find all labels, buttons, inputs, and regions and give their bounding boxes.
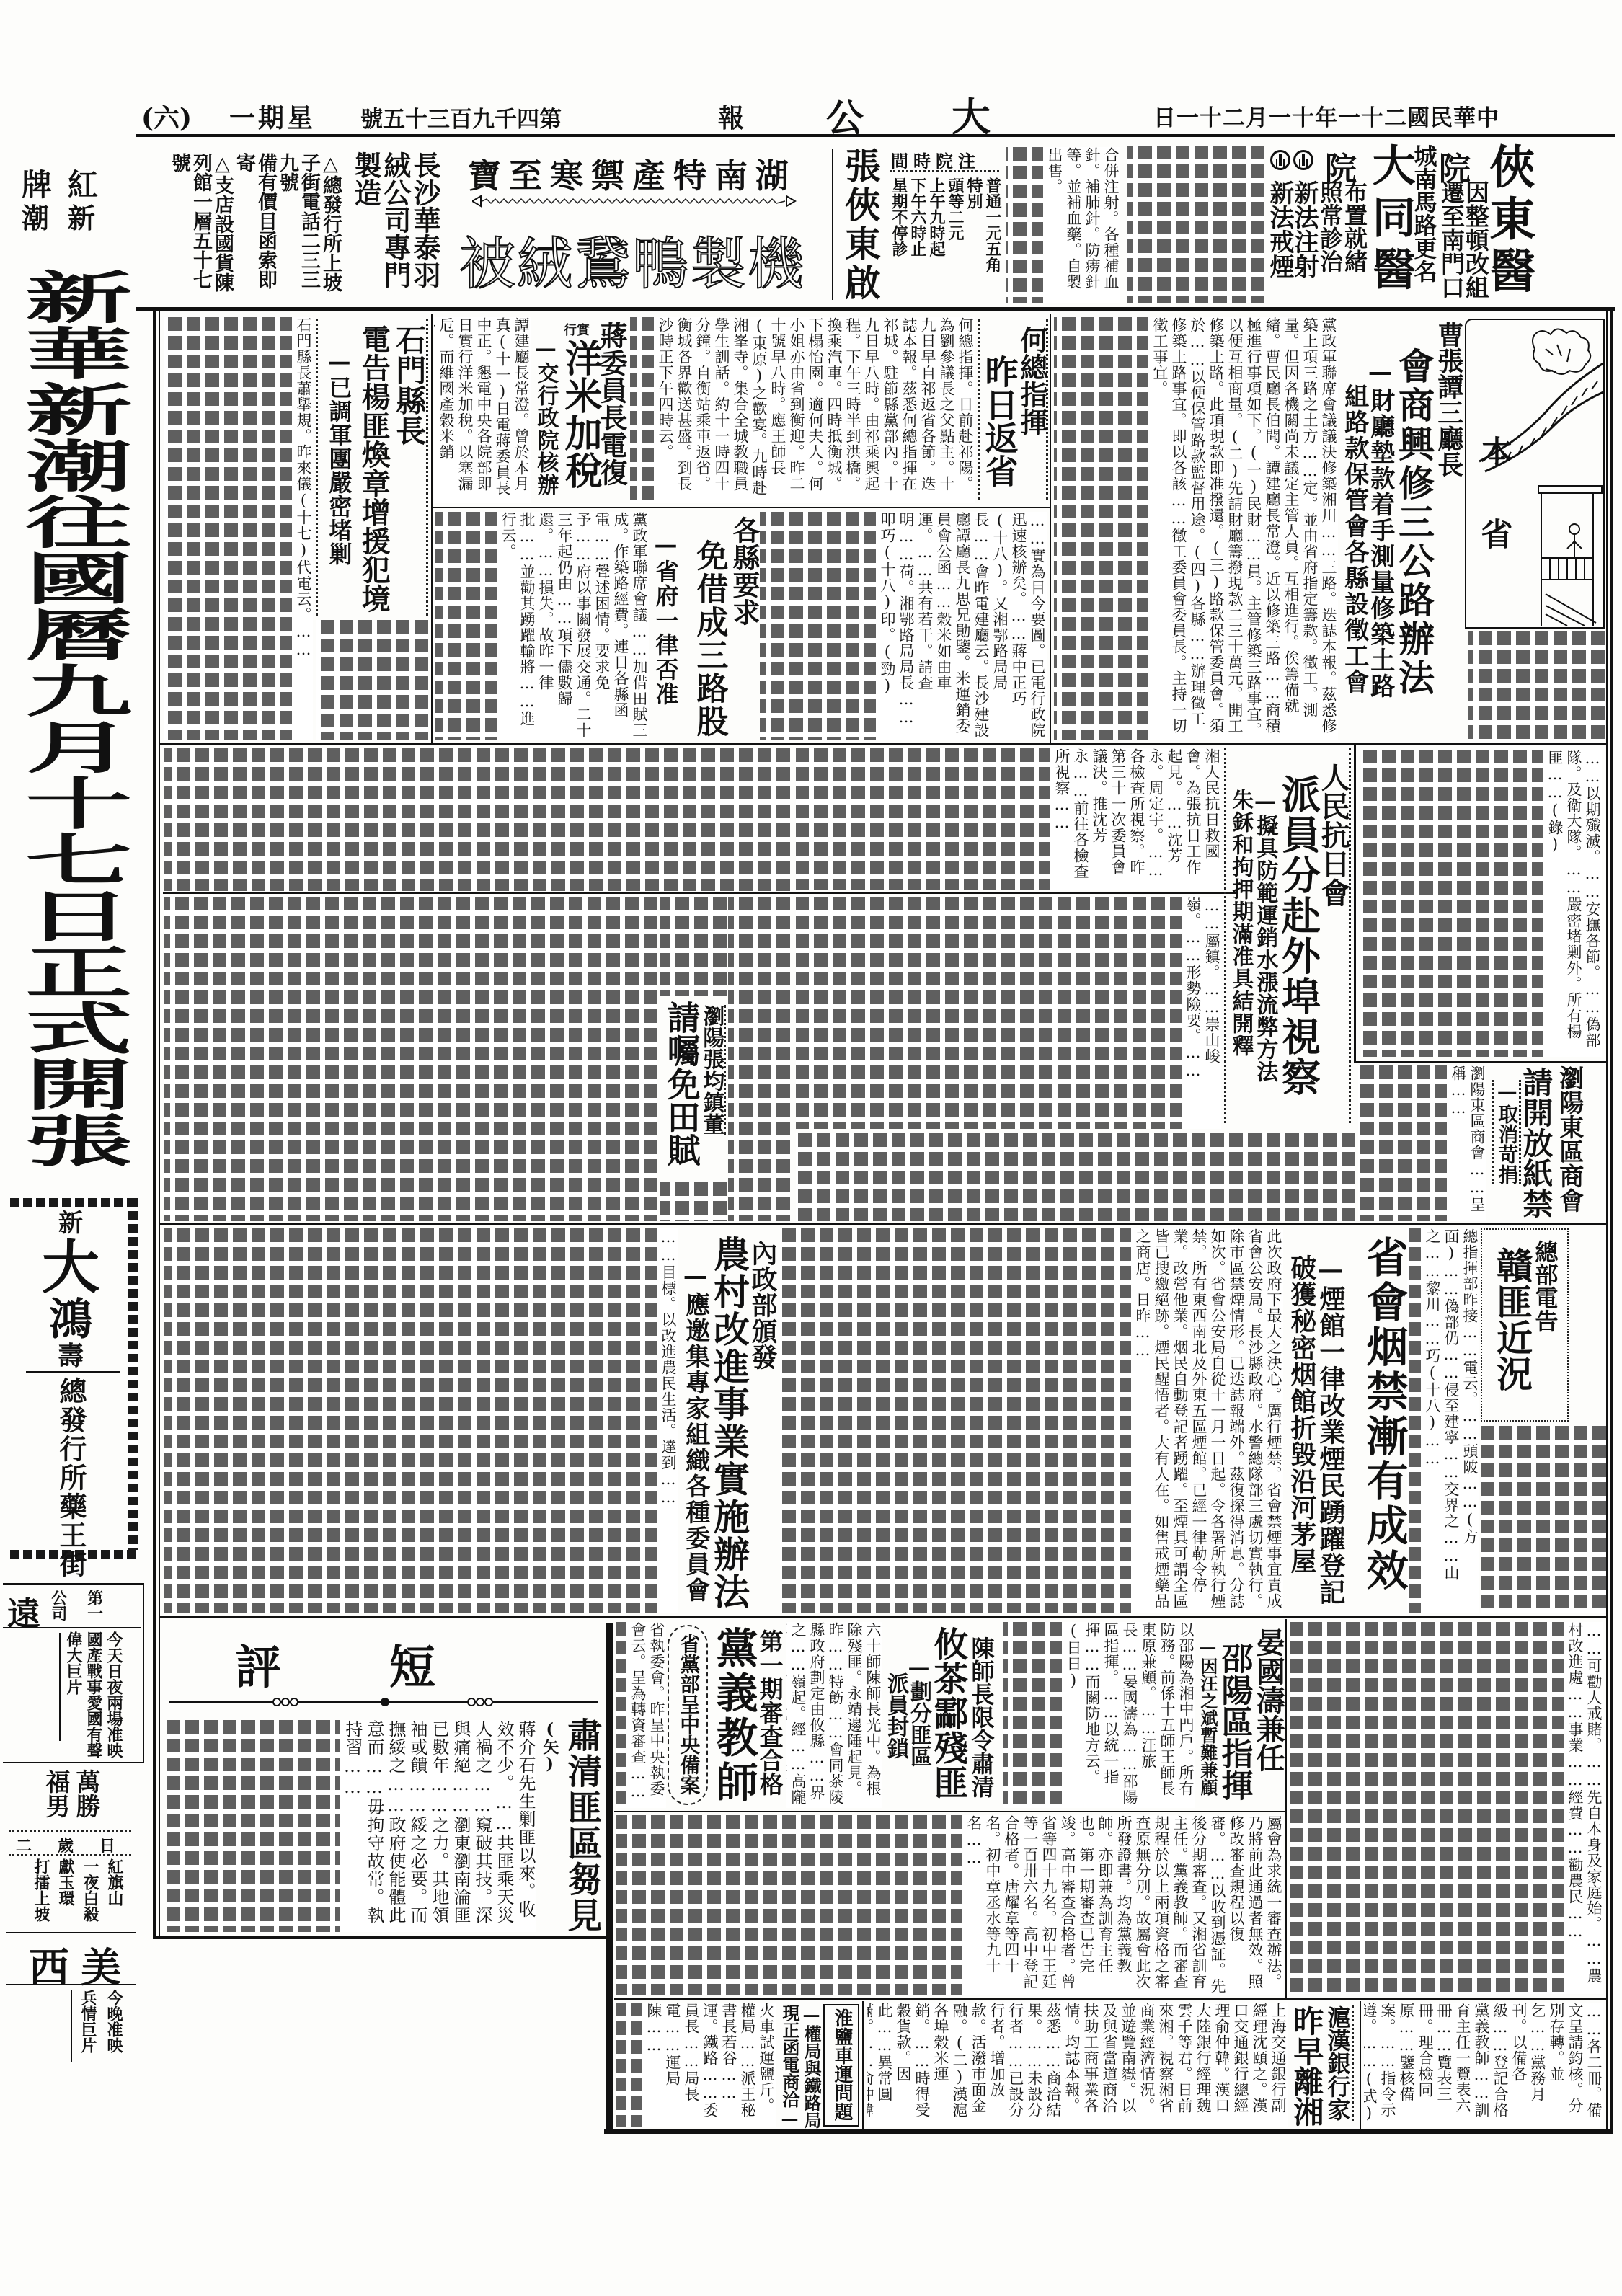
screening-line: 偉大巨片 [63,1631,84,1763]
body-text-region: ……以期殲滅。……安撫各節。……偽部隊。及衛大隊。……嚴密堵剿外。所有楊匪……(… [1361,750,1602,1057]
article-body: 石門縣長蕭舉規。昨來儀(十七)代電云。…… [292,317,313,740]
article-subhead: —擬具防範運銷水漲流弊方法 [1253,789,1276,1083]
article-jiangxi-bandits: 總部電告 贛匪近況 總指揮部昨接……電云。……頭陂……(方面)……偽部仍……侵至… [1406,1225,1608,1616]
article-kicker: 人民抗日會 [1318,763,1349,907]
tier-divider [160,1616,1608,1618]
name-char: 醫 [1365,247,1416,298]
body-text-region: 以邵陽為湘中門戶。所有防務。前係十五師王師長東原兼顧。……汪旅長……晏國濤為……… [1003,1622,1195,1808]
opening-date: 國曆九月十七日正式開張 [8,549,133,1168]
article-kicker: 第一期審查合格 [757,1629,783,1796]
film-item: 一夜白殺 [78,1858,102,1928]
body-text-illegible [316,620,428,740]
article-body: 譚建廳長常澄。曾於本月真(十一)日電蔣委員長中正。懇電中央各院部即日實行洋米加稅… [434,317,531,503]
head-office-address: △總發行所上坡子街電話二三三九號 [276,153,341,301]
headline-box: 石門縣長 電告楊匪煥章增援犯境 —已調軍團嚴密堵剿 [316,319,428,616]
article-bankers-depart: 滬漢銀行家 昨早離湘 上海交通銀行副經理沈頤之。漢口交通銀行總經理俞仲韓。漢口大… [864,2000,1360,2129]
body-text-illegible [660,1182,727,1221]
article-headline: 請囑免田賦 [663,1001,699,1166]
author-mark: (矢) [541,1720,558,1773]
body-text-illegible [164,748,790,891]
hospital2-notice: 布置就緒 照常診治 [1318,180,1367,272]
frame-bottom-left [153,1936,611,1939]
article-headline: 邵陽區指揮 [1217,1642,1251,1801]
brand-sub: 新潮 [22,196,114,236]
cinema-name: 遠 [7,1588,40,1636]
article-headline: 請開放紙禁 [1520,1067,1552,1218]
screening-line: 兵情巨片 [75,1990,101,2062]
article-subhead: 派員封鎖 [884,1655,907,1767]
masthead-char-bao: 報 [718,98,744,135]
article-party-teachers-continued: 屬會為求統一審查辦法。乃將前此通過者無效。照修改審查規程以復審。……以收到憑証。… [614,1812,1285,1997]
article-kicker: 總部電告 [1533,1240,1558,1332]
article-opium-ban: 省會烟禁漸有成效 —煙館一律改業煙民踴躍登記 破獲秘密烟館折毀沿河茅屋 此次政府… [777,1225,1406,1616]
ad-rule [3,1627,141,1628]
article-body: 蔣介石先生剿匪以來。收效不少。……共匪乘天災人禍之……窺破其技。深與痛絕……瀏東… [340,1720,536,1932]
product-brand: 新 大 鴻 壽 [17,1211,124,1370]
commentary-title: 短評 [235,1631,544,1697]
article-body: 以邵陽為湘中門戶。所有防務。前係十五師王師長東原兼顧。……汪旅長……晏國濤為……… [1062,1622,1195,1808]
swastika-border-ornament [10,1198,138,1207]
article-body: 火車試運鹽斤。權局……派王秘書長若谷……運。鐵路……委員長……局長電……運局陳…… [642,2003,776,2127]
cinema-meixi-name: 美西 [29,1936,133,1994]
wavy-rule [890,170,999,172]
article-headline: 農村改進事業實施辦法 [709,1236,748,1610]
body-text-illegible [1468,631,1605,740]
article-subhead: 現正函電商洽— [779,2004,800,2129]
weekday: 星期一 [229,98,316,135]
screening-line: 國產戰事愛國有聲 [84,1631,104,1763]
article-subhead: —交行政院核辦 [533,336,557,496]
article-party-teachers: 第一期審查合格 黨義教師 省黨部呈中央備案 省執委會。昨呈中央執委會云。呈為轉資… [614,1619,784,1811]
column-divider [1354,745,1356,1063]
boxed-headline: 淮鹽車運問題 [823,2004,859,2127]
hospital1-notice: 因整頓改組 遷至南門口 [1439,180,1488,299]
article-he-returns: 何總指揮 昨日返省 何總指揮。日前赴祁陽。為劉參議長之父點主。十九日早自祁返省各… [627,314,1050,506]
issue-number: 第四千九百三十五號 [360,101,562,133]
article-rural-improvement: 內政部頒發 農村改進事業實施辦法 —應邀集專家組織各種委員會 ……目標。以改進農… [163,1225,777,1616]
screening-info: 今天日夜兩場准映 國產戰事愛國有聲 偉大巨片 [63,1631,124,1763]
notice-line: 照常診治 [1318,180,1342,272]
article-subhead: —省府一律否准 [653,531,678,706]
body-text-region: 何總指揮。日前赴祁陽。為劉參議長之父點主。十九日早自祁返省各節。迭誌本報。茲悉何… [630,317,975,503]
hours-item: 下午六時止 [908,177,927,301]
thick-column-bar [606,1623,613,2131]
film-title: 萬勝福男 [41,1769,100,1818]
article-body: 總指揮部昨接……電云。……頭陂……(方面)……偽部仍……侵至建寧……交界之……山… [1421,1228,1479,1613]
page-number: (六) [141,98,192,135]
short-commentary: 短評 肅清匪區芻見 (矢) 蔣介石先生剿匪以來。收效不少。……共匪乘天災人禍之…… [163,1619,604,1936]
store-name: 新華新潮往 [8,268,133,549]
article-body: 屬會為求統一審查辦法。乃將前此通過者無效。照修改審查規程以復審。……以收到憑証。… [962,1815,1283,1995]
headline-box: 總部電告 贛匪近況 [1481,1228,1569,1422]
hospital1-name: 俠東醫 [1484,143,1533,298]
meixi-screening: 今晚准映 兵情巨片 [71,1990,127,2062]
name-char: 同 [1365,195,1416,247]
ad-rule [6,1984,136,1985]
notice-line: 布置就緒 [1342,180,1367,272]
cinema-title: 萬勝福男 [40,1769,101,1825]
ad-zhang-xiadong-clinic: 張俠東啟 注院時間 普通一元五角 特別 頭等二元 上午九時起 下午六時止 星期不… [829,141,1122,307]
body-text-region: 六十師陳師長光中。為根除殘匪。永靖邊陲起見。昨……特飭……會同茶陵縣政府劃定由攸… [786,1622,882,1808]
film-item: 獻玉環 [53,1858,78,1928]
article-field-tax-exemption: 瀏陽張均鎮董 請囑免田賦 [163,745,792,1223]
article-huai-salt-transport: 淮鹽車運問題 —權局與鐵路局 現正函電商洽— 火車試運鹽斤。權局……派王秘書長若… [614,2000,862,2129]
body-text-illegible [164,897,657,1221]
service-item: 新法戒煙 [1267,180,1292,278]
body-text-region: ……實為目今要圖。已電行政院迅速核辦矣。……蔣中正巧(十八)。又湘鄂路局局長……… [760,512,1047,740]
article-body: 湘人民抗日救國會。為張抗日工作起見。……沈芳永。周定宇。……各檢查所視察。昨第三… [1050,748,1221,890]
article-body: 上海交通銀行副經理沈頤之。漢口交通銀行總經理俞仲韓。漢口大陸銀行經理魏雲千等君。… [867,2003,1288,2127]
article-kicker: 曹張譚三廳長 [1435,322,1463,477]
article-headline: 派員分赴外埠視察 [1277,774,1319,1097]
article-kicker: 瀏陽東區商會 [1556,1065,1582,1213]
ad-services-text: 合併注射。各種補血針。補肺針。防痨針等。並補血藥。自製出售。 [1043,147,1120,303]
article-body: 此次政府下最大之決心。厲行煙禁。省會禁煙事宜責成省會公安局。長沙縣政府。水警總隊… [1131,1228,1283,1613]
article-headline: 淮鹽車運問題 [832,2008,852,2121]
article-rural-improvement-continued: ……可勸人戒賭。……先自本身及家庭始。……農村改進處……事業……經費……勸農民…… [1288,1619,1606,1997]
article-headline: 贛匪近況 [1492,1247,1531,1391]
body-text-region: 蔣介石先生剿匪以來。收效不少。……共匪乘天災人禍之……窺破其技。深與痛絕……瀏東… [167,1720,536,1932]
article-continuation-box: ……以期殲滅。……安撫各節。……偽部隊。及衛大隊。……嚴密堵剿外。所有楊匪……(… [1357,745,1606,1061]
body-text-region: 黨政軍聯席會議議決修築湘川……三路。迭誌本報。茲悉修築上項三路之土方……定。並由… [1054,317,1338,740]
article-subheads: —權局與鐵路局 現正函電商洽— [779,2004,822,2129]
brand-char: 鴻 [17,1298,124,1343]
film-item: 打擂上坡 [29,1858,53,1928]
ornamental-rule [169,1694,598,1710]
catalog-note: 備有價目函索即寄 [233,153,276,301]
ad-rule [6,1932,136,1933]
screening-line: 今晚准映 [101,1990,127,2062]
boxed-note: 省黨部呈中央備案 [668,1625,708,1805]
medical-emblem-icon [1270,150,1290,170]
body-text-region: 湘人民抗日救國會。為張抗日工作起見。……沈芳永。周定宇。……各檢查所視察。昨第三… [796,748,1221,890]
article-road-shares: 各縣要求 免借成三路股 —省府一律否准 黨政軍聯席會議……加借田賦三成。作築路經… [433,509,1050,743]
brand-char: 壽 [17,1343,124,1370]
notice-line: 因整頓改組 [1463,180,1488,299]
article-shaoyang-command: 晏國濤兼任 邵陽區指揮 —因汪之斌暫難兼顧 以邵陽為湘中門戶。所有防務。前係十五… [1002,1619,1285,1811]
headline-prefix: 實行 [564,320,590,339]
article-subhead: —權局與鐵路局 [800,2004,822,2129]
article-body: ……以期殲滅。……安撫各節。……偽部隊。及衛大隊。……嚴密堵剿外。所有楊匪……(… [1543,750,1602,1057]
body-text-illegible [660,897,727,996]
body-text-region: 火車試運鹽斤。權局……派王秘書長若谷……運。鐵路……委員長……局長電……運局陳…… [616,2003,776,2127]
article-kicker: 陳師長限令肅清 [969,1636,994,1798]
swastika-border-ornament [128,1198,138,1559]
article-subhead: —取消苛捐 [1492,1080,1521,1184]
ad-huatai-down-quilt: 湖南特產禦寒至寶 機製鴨鵞絨被 長沙華泰羽絨公司專門製造 △總發行所上坡子街電話… [162,141,827,307]
ad-product-name: 機製鴨鵞絨被 [459,219,805,300]
hours-item: 星期不停診 [890,177,908,301]
arrow-line-ornament [472,195,797,208]
fee-item: 普通一元五角 [983,177,1002,301]
name-char: 大 [1365,143,1416,195]
body-text-region: 上海交通銀行副經理沈頤之。漢口交通銀行總經理俞仲韓。漢口大陸銀行經理魏雲千等君。… [867,2003,1288,2127]
article-headline: 昨日返省 [981,355,1017,487]
header-rule [136,134,1615,137]
body-text-region: 瀏陽東區商會……呈稱…… [1358,1065,1486,1221]
article-kicker: 石門縣長 [393,324,425,446]
article-headline: 省會烟禁漸有成效 [1361,1236,1406,1593]
cinema-company: 公司 [49,1590,66,1621]
ad-body-region: 合併注射。各種補血針。補肺針。防痨針等。並補血藥。自製出售。 [1006,147,1120,303]
article-body: ……各二冊。備文呈請鈞核。分別存轉。並乞……黨務月刊。以備各級……登記合格黨義教… [1364,2003,1603,2127]
article-paper-ban: 瀏陽東區商會 請開放紙禁 —取消苛捐 瀏陽東區商會……呈稱…… [793,1063,1606,1223]
fee-item: 特別 [965,177,983,301]
article-headline: 洋米加稅 [559,339,600,489]
article-shimen-bandits: 石門縣長 電告楊匪煥章增援犯境 —已調軍團嚴密堵剿 石門縣長蕭舉規。昨來儀(十七… [163,314,431,743]
article-body: 瀏陽東區商會……呈稱…… [1447,1065,1486,1221]
fees-and-hours: 普通一元五角 特別 頭等二元 上午九時起 下午六時止 星期不停診 [890,177,1002,301]
publication-date: 中華民國二十一年十一月二十一日 [1153,99,1499,132]
article-subhead: —因汪之斌暫難兼顧 [1198,1636,1217,1796]
article-headline: 電告楊匪煥章增援犯境 [358,324,389,613]
article-subhead: —應邀集專家組織各種委員會 [682,1262,709,1603]
hours-item: 上午九時起 [927,177,946,301]
article-headline: 會商興修三公路辦法 [1394,347,1433,698]
article-body: 黨政軍聯席會議……加借田賦三成。作築路經費。連日各縣函電……聲述困情。要求免予…… [497,512,649,740]
ad-row-rule [136,307,1615,311]
hours-label: 注院時間 [891,147,980,172]
article-kicker: 瀏陽張均鎮董 [699,1005,726,1135]
wavy-rule [9,1830,131,1832]
article-headline: 免借成三路股 [692,539,727,738]
article-kicker: 晏國濤兼任 [1253,1628,1284,1772]
hospital-services: 新法注射 新法戒煙 [1267,180,1316,278]
article-headline: 黨義教師 [711,1626,756,1805]
ad-small-print-illegible [1127,146,1264,303]
body-text-region: 此次政府下最大之決心。厲行煙禁。省會禁煙事宜責成省會公安局。長沙縣政府。水警總隊… [780,1228,1283,1613]
body-text-illegible [728,897,790,1221]
body-text-region: 石門縣長蕭舉規。昨來儀(十七)代電云。…… [164,317,313,740]
cinema-tag: 第一 [85,1590,102,1621]
article-kicker: 滬漢銀行家 [1325,2005,1354,2121]
article-body: 黨政軍聯席會議議決修築湘川……三路。迭誌本報。茲悉修築上項三路之土方……定。並由… [1148,317,1338,740]
body-text-region: ……各二冊。備文呈請鈞核。分別存轉。並乞……黨務月刊。以備各級……登記合格黨義教… [1364,2003,1603,2127]
brand-char: 大 [17,1237,124,1298]
article-subhead: —財廳墊款着手測量修築土路 [1367,358,1393,699]
article-body: ……目標。以改進農民生活。達到…… [657,1228,678,1613]
body-text-region: ……可勸人戒賭。……先自本身及家庭始。……農村改進處……事業……經費……勸農民…… [1290,1622,1603,1994]
film-list: 紅旗山 一夜白殺 獻玉環 打擂上坡 [29,1858,127,1928]
article-subhead: 朱鉌和拘押期滿准具結開釋 [1228,789,1251,1057]
ad-rule [59,1633,61,1741]
ad-signature: 張俠東啟 [841,147,879,303]
frame-bottom-right [604,2129,1613,2134]
medical-emblem-icon [1293,150,1313,170]
body-text-illegible [1481,1426,1606,1613]
article-body: 何總指揮。日前赴祁陽。為劉參議長之父點主。十九日早自祁返省各節。迭誌本報。茲悉何… [654,317,975,503]
article-subheads: —劃分匪區 派員封鎖 [884,1655,930,1767]
article-kicker: 各縣要求 [730,516,759,626]
ad-rule [26,1371,120,1373]
left-ad-column: 紅牌 新潮 新華新潮往國曆九月十七日正式開張 新 大 鴻 壽 總發行所藥王街 遠… [0,144,153,2134]
headline-box: 何總指揮 昨日返省 [978,319,1048,500]
screening-line: 今天日夜兩場准映 [104,1631,124,1763]
ad-banner: 湖南特產禦寒至寶 [468,150,797,198]
article-road-construction: 曹張譚三廳長 會商興修三公路辦法 —財廳墊款着手測量修築土路 組路款保管會各縣設… [1051,314,1608,743]
article-subhead: —煙館一律改業煙民踴躍登記 [1316,1254,1344,1605]
newspaper-page: (六) 星期一 第四千九百三十五號 大 公 報 中華民國二十一年十一月二十一日 … [0,0,1622,2296]
article-headline: 肅清匪區芻見 [562,1717,600,1933]
body-text-region: 屬會為求統一審查辦法。乃將前此通過者無效。照修改審查規程以復審。……以收到憑証。… [616,1815,1283,1995]
body-text-region: ……目標。以改進農民生活。達到…… [164,1228,678,1613]
article-side-body: ……實為目今要圖。已電行政院迅速核辦矣。……蔣中正巧(十八)。又湘鄂路局局長……… [876,512,1047,740]
body-text-region: 黨政軍聯席會議……加借田賦三成。作築路經費。連日各縣函電……聲述困情。要求免予…… [435,512,649,740]
body-text-region: 總指揮部昨接……電云。……頭陂……(方面)……偽部仍……侵至建寧……交界之……山… [1407,1228,1479,1613]
article-party-teachers-end: ……各二冊。備文呈請鈞核。分別存轉。並乞……黨務月刊。以備各級……登記合格黨義教… [1361,2000,1606,2129]
body-text-illegible [796,1133,1355,1221]
film-item: 紅旗山 [102,1858,127,1928]
article-subhead: —已調軍團嚴密堵剿 [327,347,352,566]
hospital2-name: 大同醫 [1367,143,1414,298]
boxed-note-text: 省黨部呈中央備案 [678,1634,699,1795]
opening-announcement: 新華新潮往國曆九月十七日正式開張 [16,268,123,1168]
body-text-region: 譚建廳長常澄。曾於本月真(十一)日電蔣委員長中正。懇電中央各院部即日實行洋米加稅… [434,317,531,503]
wavy-rule [9,1854,131,1856]
article-intro: 省執委會。昨呈中央執委會云。呈為轉資審查…… [626,1622,666,1808]
article-kicker: 內政部頒發 [748,1240,776,1370]
notice-line: 遷至南門口 [1439,180,1463,299]
ad-company-name: 長沙華泰羽絨公司專門製造 [351,151,440,301]
article-body: ……可勸人戒賭。……先自本身及家庭始。……農村改進處……事業……經費……勸農民…… [1564,1622,1603,1994]
ad-address-block: △總發行所上坡子街電話二三三九號 備有價目函索即寄 △支店設國貨陳列館一層五十七… [168,153,341,301]
ad-divider [832,149,833,300]
branch-address: △支店設國貨陳列館一層五十七號 [168,153,233,301]
section-divider [433,507,1050,508]
article-rice-tariff: 蔣委員長電復 實行 洋米加稅 —交行政院核辦 譚建廳長常澄。曾於本月真(十一)日… [433,314,627,506]
cinema-ad-yuandong: 遠 公司 第一 今天日夜兩場准映 國產戰事愛國有聲 偉大巨片 [3,1583,144,1763]
article-body: 六十師陳師長光中。為根除殘匪。永靖邊陲起見。昨……特飭……會同茶陵縣政府劃定由攸… [786,1622,882,1808]
ad-hospitals: 俠東醫 院 因整頓改組 遷至南門口 城南馬路更名 大同醫 院 布置就緒 照常診治… [1125,141,1566,307]
frame-left-border [153,311,160,1939]
showing-date-row: 日歲二 [16,1834,141,1856]
article-kicker: 何總指揮 [1017,326,1047,435]
article-subhead: 破獲秘密烟館折毀沿河茅屋 [1288,1254,1316,1574]
distributor: 總發行所藥王街 [56,1377,86,1579]
article-subhead: 組路款保管會各縣設徵工會 [1341,384,1368,695]
fee-item: 頭等二元 [946,177,965,301]
body-text-region: 省執委會。昨呈中央執委會云。呈為轉資審查…… [616,1622,666,1808]
article-youcha-bandits: 陳師長限令肅清 攸茶酃殘匪 —劃分匪區 派員封鎖 六十師陳師長光中。為根除殘匪。… [784,1619,1002,1811]
service-item: 新法注射 [1292,180,1316,278]
article-headline: 攸茶酃殘匪 [929,1626,966,1799]
company-text: 長沙華泰羽絨公司專門製造 [350,151,441,288]
article-subhead: —劃分匪區 [907,1655,930,1767]
column-divider [1285,1619,1287,1998]
article-headline: 昨早離湘 [1290,2005,1323,2127]
